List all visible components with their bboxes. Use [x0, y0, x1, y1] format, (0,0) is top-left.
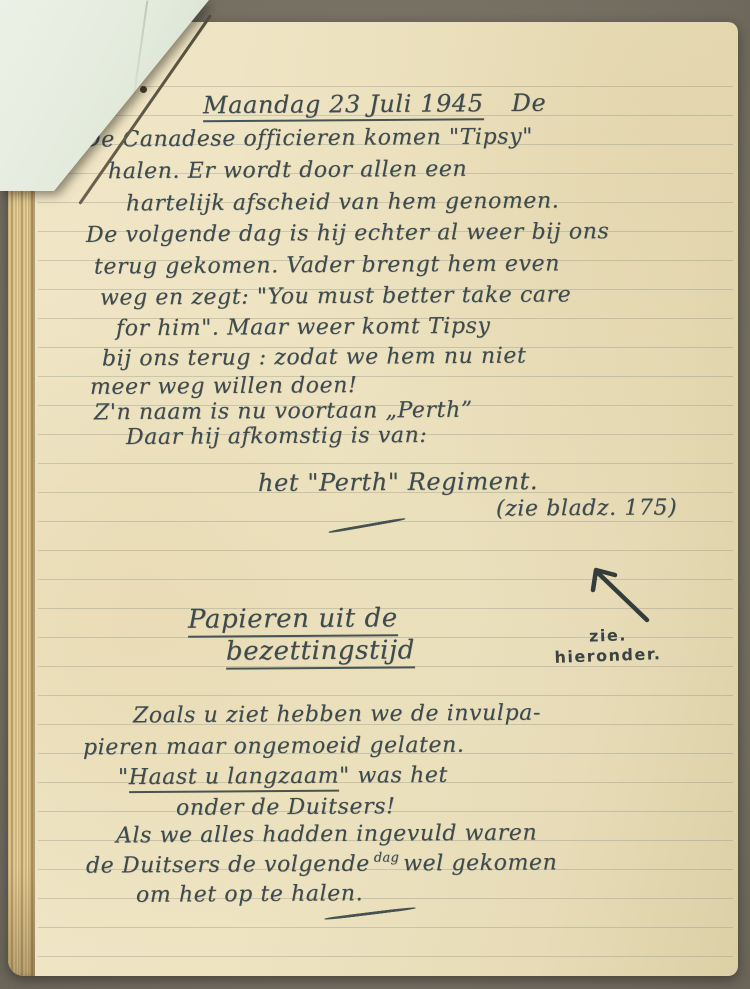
regiment-line: het "Perth" Regiment. [258, 467, 538, 497]
annotation-line2: hieronder. [543, 644, 674, 669]
handwriting-line: bij ons terug : zodat we hem nu niet [102, 344, 527, 372]
handwriting-line: onder de Duitsers! [176, 794, 396, 821]
volgende-pre: de Duitsers de volgende [86, 852, 370, 879]
folded-page-corner [0, 0, 240, 210]
handwriting-line: weg en zegt: "You must better take care [100, 282, 571, 310]
handwriting-line: om het op te halen. [136, 881, 363, 908]
haast-line: "Haast u langzaam" was het [118, 763, 448, 790]
date-heading-tail: De [512, 89, 547, 117]
date-heading-underlined: Maandag 23 Juli 1945 [203, 89, 484, 122]
haast-post: " was het [339, 763, 448, 789]
page-reference: (zie bladz. 175) [496, 495, 677, 521]
handwriting-line: Zoals u ziet hebben we de invulpa- [133, 701, 541, 729]
handwriting-line: Als we alles hadden ingevuld waren [116, 821, 537, 849]
ink-divider [328, 517, 405, 533]
section-heading-text: bezettingstijd [226, 635, 415, 669]
margin-annotation: zie. hieronder. [543, 562, 673, 666]
handwriting-line: terug gekomen. Vader brengt hem even [94, 251, 560, 279]
volgende-post: wel gekomen [403, 850, 557, 876]
section-heading-text: Papieren uit de [188, 603, 398, 637]
inserted-word: dag [374, 850, 399, 865]
section-heading-line2: bezettingstijd [226, 635, 415, 666]
handwriting-line: Daar hij afkomstig is van: [126, 423, 428, 450]
handwriting-line: Z'n naam is nu voortaan „Perth” [94, 398, 473, 426]
handwriting-line: meer weg willen doen! [90, 373, 358, 400]
section-heading-line1: Papieren uit de [188, 603, 398, 634]
handwriting-line: for him". Maar weer komt Tipsy [116, 314, 491, 342]
haast-pre: " [118, 765, 129, 790]
ink-divider [324, 906, 416, 920]
folded-page-surface [0, 0, 240, 210]
haast-underlined: Haast u langzaam [129, 764, 340, 793]
volgende-line: de Duitsers de volgendedagwel gekomen [86, 849, 558, 878]
scanned-diary-photo: { "document_type": "handwritten diary pa… [0, 0, 750, 989]
handwriting-line: pieren maar ongemoeid gelaten. [83, 733, 465, 761]
date-heading: Maandag 23 Juli 1945De [203, 89, 546, 119]
handwriting-line: De volgende dag is hij echter al weer bi… [86, 219, 610, 248]
arrow-up-left-icon [581, 562, 659, 626]
